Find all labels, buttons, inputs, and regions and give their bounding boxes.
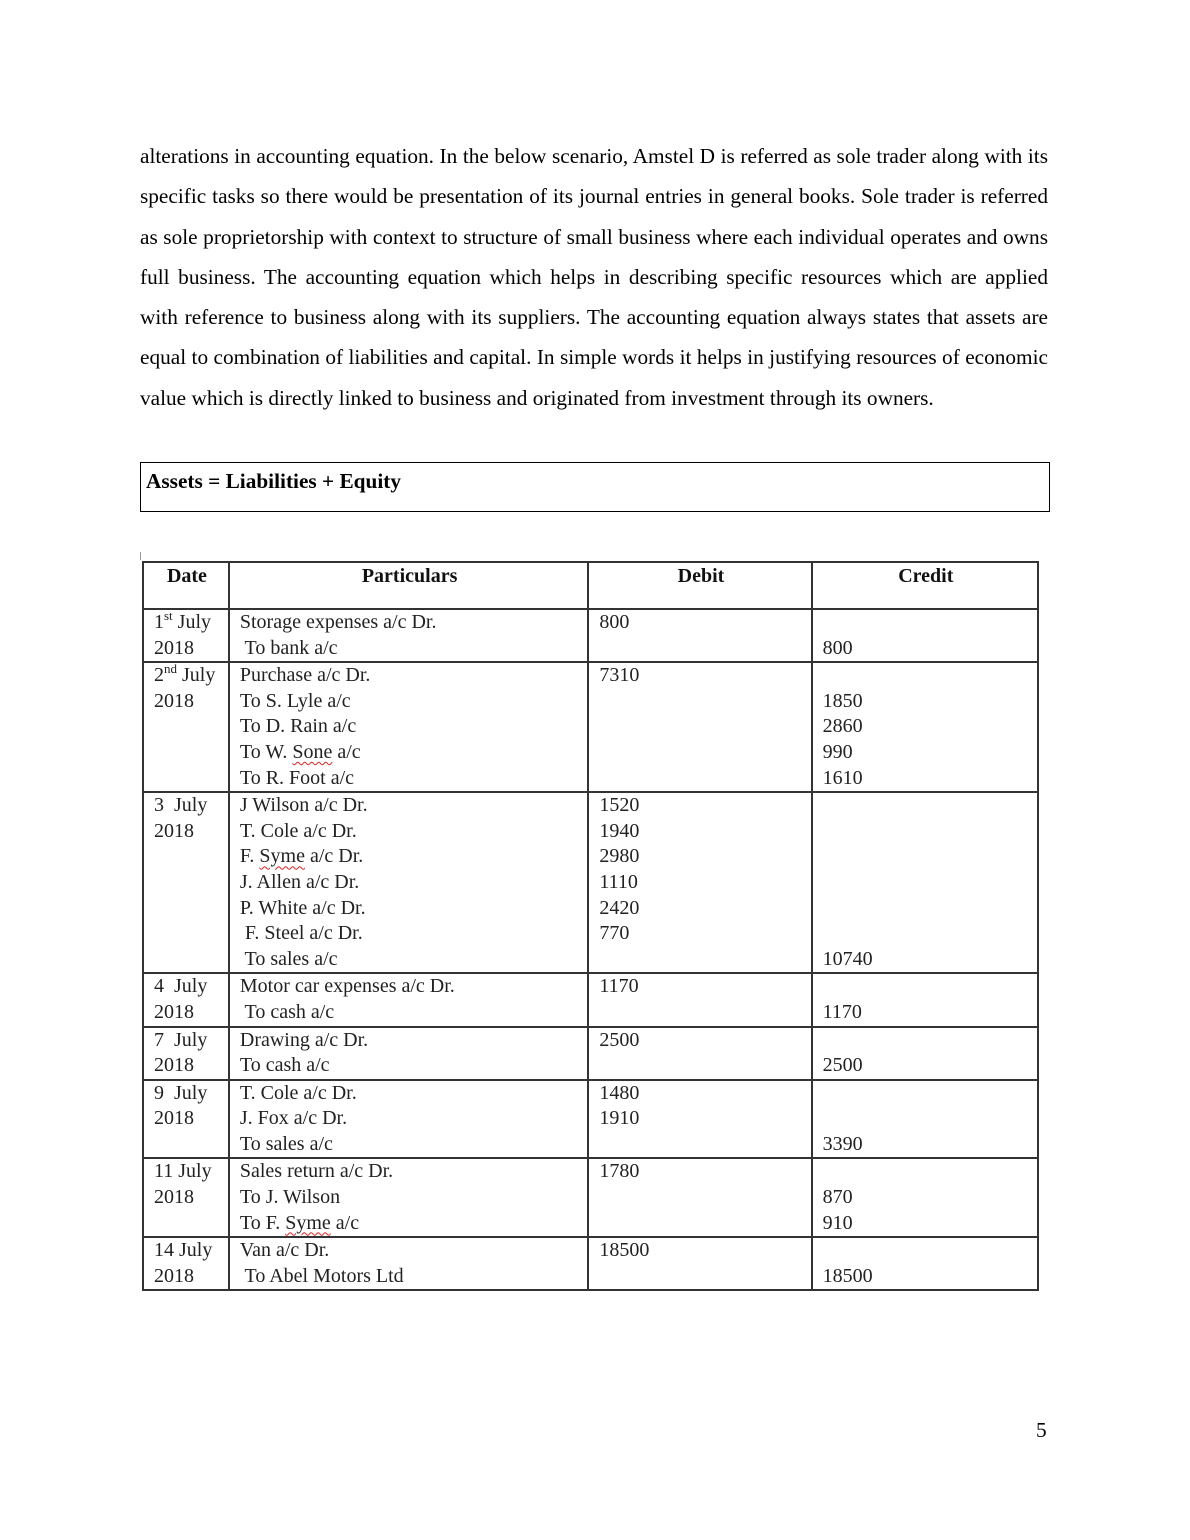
debit-cell: 14801910 bbox=[588, 1080, 811, 1159]
debit-amount: 18500 bbox=[599, 1238, 802, 1264]
debit-amount: 1780 bbox=[599, 1159, 802, 1185]
table-row: 2nd July 2018Purchase a/c Dr.To S. Lyle … bbox=[143, 662, 1038, 792]
table-row: 4 July 2018Motor car expenses a/c Dr. To… bbox=[143, 973, 1038, 1026]
date-ordinal-suffix: st bbox=[164, 608, 173, 623]
debit-amount bbox=[599, 1053, 802, 1079]
debit-amount: 1170 bbox=[599, 974, 802, 1000]
credit-amount bbox=[823, 921, 1029, 947]
date-ordinal-suffix: nd bbox=[164, 661, 177, 676]
credit-amount: 18500 bbox=[823, 1264, 1029, 1290]
credit-cell: 10740 bbox=[812, 792, 1038, 973]
date-cell: 11 July 2018 bbox=[143, 1158, 229, 1237]
particular-line: To W. Sone a/c bbox=[240, 740, 579, 766]
debit-amount bbox=[599, 714, 802, 740]
date-day: 3 bbox=[154, 794, 164, 816]
credit-amount: 3390 bbox=[823, 1132, 1029, 1158]
particular-line: To sales a/c bbox=[240, 1132, 579, 1158]
journal-entries-table: Date Particulars Debit Credit 1st July 2… bbox=[142, 561, 1039, 1291]
table-header-row: Date Particulars Debit Credit bbox=[143, 562, 1038, 609]
particulars-cell: Purchase a/c Dr.To S. Lyle a/cTo D. Rain… bbox=[229, 662, 588, 792]
credit-amount: 1850 bbox=[823, 689, 1029, 715]
particular-line: J Wilson a/c Dr. bbox=[240, 793, 579, 819]
particulars-cell: Storage expenses a/c Dr. To bank a/c bbox=[229, 609, 588, 662]
credit-amount bbox=[823, 793, 1029, 819]
table-row: 9 July 2018T. Cole a/c Dr.J. Fox a/c Dr.… bbox=[143, 1080, 1038, 1159]
particular-line: T. Cole a/c Dr. bbox=[240, 819, 579, 845]
credit-amount bbox=[823, 1028, 1029, 1054]
date-cell: 3 July 2018 bbox=[143, 792, 229, 973]
debit-amount bbox=[599, 766, 802, 792]
credit-amount: 870 bbox=[823, 1185, 1029, 1211]
particulars-cell: Drawing a/c Dr.To cash a/c bbox=[229, 1027, 588, 1080]
date-day: 11 bbox=[154, 1160, 173, 1182]
credit-cell: 185028609901610 bbox=[812, 662, 1038, 792]
date-day: 14 bbox=[154, 1239, 174, 1261]
table-row: 14 July 2018Van a/c Dr. To Abel Motors L… bbox=[143, 1237, 1038, 1290]
credit-cell: 18500 bbox=[812, 1237, 1038, 1290]
credit-amount: 10740 bbox=[823, 947, 1029, 973]
particular-line: To cash a/c bbox=[240, 1053, 579, 1079]
credit-amount bbox=[823, 1106, 1029, 1132]
credit-cell: 1170 bbox=[812, 973, 1038, 1026]
particular-line: Motor car expenses a/c Dr. bbox=[240, 974, 579, 1000]
particulars-cell: Motor car expenses a/c Dr. To cash a/c bbox=[229, 973, 588, 1026]
equation-box: Assets = Liabilities + Equity bbox=[140, 462, 1050, 512]
particular-line: Purchase a/c Dr. bbox=[240, 663, 579, 689]
debit-cell: 800 bbox=[588, 609, 811, 662]
credit-amount bbox=[823, 896, 1029, 922]
date-cell: 9 July 2018 bbox=[143, 1080, 229, 1159]
particular-line: To bank a/c bbox=[240, 636, 579, 662]
particular-line: Van a/c Dr. bbox=[240, 1238, 579, 1264]
credit-amount bbox=[823, 844, 1029, 870]
credit-amount bbox=[823, 1159, 1029, 1185]
date-day: 9 bbox=[154, 1082, 164, 1104]
credit-amount bbox=[823, 1081, 1029, 1107]
debit-cell: 18500 bbox=[588, 1237, 811, 1290]
date-day: 4 bbox=[154, 975, 164, 997]
particular-line: T. Cole a/c Dr. bbox=[240, 1081, 579, 1107]
credit-amount: 1170 bbox=[823, 1000, 1029, 1026]
debit-amount bbox=[599, 1185, 802, 1211]
particular-line: To S. Lyle a/c bbox=[240, 689, 579, 715]
debit-amount: 1910 bbox=[599, 1106, 802, 1132]
credit-amount bbox=[823, 1238, 1029, 1264]
spellcheck-underline: Syme bbox=[285, 1212, 331, 1234]
credit-amount bbox=[823, 610, 1029, 636]
header-particulars: Particulars bbox=[229, 562, 588, 609]
credit-amount: 2500 bbox=[823, 1053, 1029, 1079]
debit-cell: 1780 bbox=[588, 1158, 811, 1237]
credit-amount bbox=[823, 974, 1029, 1000]
debit-amount: 2980 bbox=[599, 844, 802, 870]
debit-amount: 800 bbox=[599, 610, 802, 636]
particular-line: P. White a/c Dr. bbox=[240, 896, 579, 922]
text-cursor-mark bbox=[140, 552, 141, 560]
debit-cell: 7310 bbox=[588, 662, 811, 792]
table-row: 3 July 2018J Wilson a/c Dr.T. Cole a/c D… bbox=[143, 792, 1038, 973]
debit-cell: 15201940298011102420770 bbox=[588, 792, 811, 973]
header-debit: Debit bbox=[588, 562, 811, 609]
debit-amount: 7310 bbox=[599, 663, 802, 689]
particular-line: Sales return a/c Dr. bbox=[240, 1159, 579, 1185]
debit-amount: 2420 bbox=[599, 896, 802, 922]
credit-amount bbox=[823, 663, 1029, 689]
debit-amount: 770 bbox=[599, 921, 802, 947]
credit-amount: 910 bbox=[823, 1211, 1029, 1237]
particular-line: To sales a/c bbox=[240, 947, 579, 973]
debit-amount bbox=[599, 1000, 802, 1026]
body-paragraph: alterations in accounting equation. In t… bbox=[140, 136, 1048, 418]
debit-amount: 2500 bbox=[599, 1028, 802, 1054]
credit-cell: 870910 bbox=[812, 1158, 1038, 1237]
credit-amount: 2860 bbox=[823, 714, 1029, 740]
date-cell: 2nd July 2018 bbox=[143, 662, 229, 792]
particular-line: F. Syme a/c Dr. bbox=[240, 844, 579, 870]
credit-amount: 1610 bbox=[823, 766, 1029, 792]
particular-line: To cash a/c bbox=[240, 1000, 579, 1026]
credit-cell: 3390 bbox=[812, 1080, 1038, 1159]
debit-amount bbox=[599, 740, 802, 766]
header-credit: Credit bbox=[812, 562, 1038, 609]
particulars-cell: Sales return a/c Dr.To J. WilsonTo F. Sy… bbox=[229, 1158, 588, 1237]
particular-line: To R. Foot a/c bbox=[240, 766, 579, 792]
particular-line: To D. Rain a/c bbox=[240, 714, 579, 740]
debit-amount: 1110 bbox=[599, 870, 802, 896]
date-cell: 4 July 2018 bbox=[143, 973, 229, 1026]
header-date: Date bbox=[143, 562, 229, 609]
particulars-cell: Van a/c Dr. To Abel Motors Ltd bbox=[229, 1237, 588, 1290]
table-row: 11 July 2018Sales return a/c Dr.To J. Wi… bbox=[143, 1158, 1038, 1237]
debit-amount: 1940 bbox=[599, 819, 802, 845]
table-row: 7 July 2018Drawing a/c Dr.To cash a/c250… bbox=[143, 1027, 1038, 1080]
debit-amount bbox=[599, 1264, 802, 1290]
page-number: 5 bbox=[1036, 1418, 1047, 1443]
debit-amount: 1480 bbox=[599, 1081, 802, 1107]
particular-line: F. Steel a/c Dr. bbox=[240, 921, 579, 947]
credit-amount: 800 bbox=[823, 636, 1029, 662]
particular-line: Storage expenses a/c Dr. bbox=[240, 610, 579, 636]
credit-amount bbox=[823, 870, 1029, 896]
particulars-cell: J Wilson a/c Dr.T. Cole a/c Dr.F. Syme a… bbox=[229, 792, 588, 973]
date-day: 1 bbox=[154, 611, 164, 633]
particular-line: To F. Syme a/c bbox=[240, 1211, 579, 1237]
date-cell: 14 July 2018 bbox=[143, 1237, 229, 1290]
spellcheck-underline: Sone bbox=[292, 741, 332, 763]
debit-amount bbox=[599, 636, 802, 662]
credit-cell: 2500 bbox=[812, 1027, 1038, 1080]
credit-cell: 800 bbox=[812, 609, 1038, 662]
debit-amount bbox=[599, 1211, 802, 1237]
debit-amount bbox=[599, 947, 802, 973]
debit-amount bbox=[599, 689, 802, 715]
table-row: 1st July 2018Storage expenses a/c Dr. To… bbox=[143, 609, 1038, 662]
particulars-cell: T. Cole a/c Dr.J. Fox a/c Dr.To sales a/… bbox=[229, 1080, 588, 1159]
particular-line: To Abel Motors Ltd bbox=[240, 1264, 579, 1290]
particular-line: Drawing a/c Dr. bbox=[240, 1028, 579, 1054]
particular-line: To J. Wilson bbox=[240, 1185, 579, 1211]
particular-line: J. Fox a/c Dr. bbox=[240, 1106, 579, 1132]
debit-cell: 1170 bbox=[588, 973, 811, 1026]
particular-line: J. Allen a/c Dr. bbox=[240, 870, 579, 896]
debit-amount: 1520 bbox=[599, 793, 802, 819]
debit-cell: 2500 bbox=[588, 1027, 811, 1080]
date-cell: 7 July 2018 bbox=[143, 1027, 229, 1080]
date-day: 2 bbox=[154, 664, 164, 686]
date-day: 7 bbox=[154, 1029, 164, 1051]
spellcheck-underline: Syme bbox=[259, 845, 305, 867]
credit-amount: 990 bbox=[823, 740, 1029, 766]
debit-amount bbox=[599, 1132, 802, 1158]
credit-amount bbox=[823, 819, 1029, 845]
accounting-equation: Assets = Liabilities + Equity bbox=[146, 469, 401, 494]
date-cell: 1st July 2018 bbox=[143, 609, 229, 662]
